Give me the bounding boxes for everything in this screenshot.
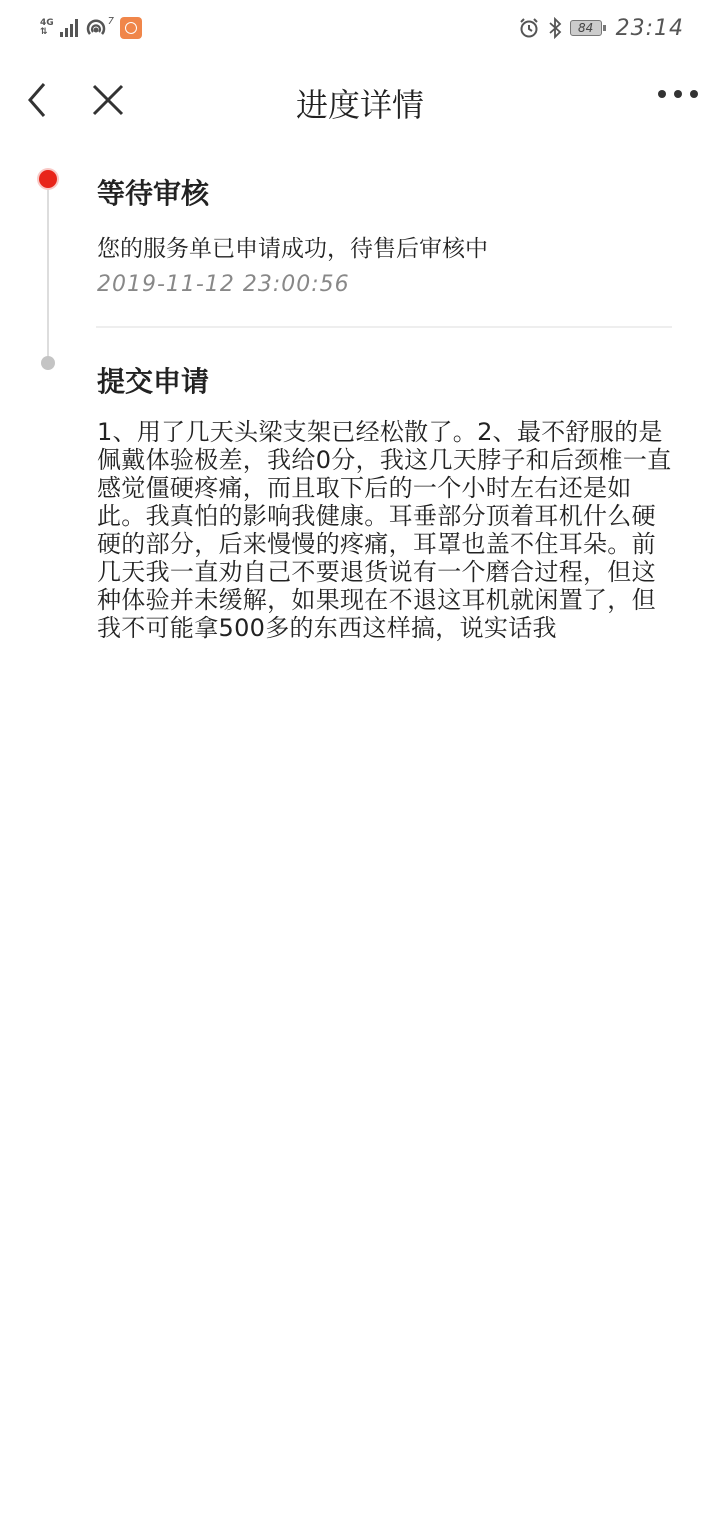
- alarm-icon: [518, 17, 540, 39]
- status-left: 4G ⇅ 7: [40, 14, 142, 42]
- hotspot-icon: [84, 16, 108, 40]
- timeline-line: [47, 180, 49, 363]
- status-bar: 4G ⇅ 7 84 23:14: [0, 0, 720, 56]
- status-right: 84 23:14: [518, 14, 684, 42]
- step-description: 您的服务单已申请成功，待售后审核中: [97, 230, 488, 263]
- battery-icon: 84: [570, 20, 602, 36]
- page-title: 进度详情: [0, 80, 720, 126]
- nav-bar: 进度详情: [0, 60, 720, 140]
- more-options-button[interactable]: [658, 90, 698, 98]
- more-dot-icon: [658, 90, 666, 98]
- clock: 23:14: [616, 16, 684, 41]
- network-type: 4G ⇅: [40, 19, 54, 37]
- app-notification-icon: [120, 17, 142, 39]
- divider: [96, 326, 672, 328]
- hotspot-count: 7: [108, 16, 114, 27]
- signal-icon: [60, 19, 78, 37]
- more-dot-icon: [690, 90, 698, 98]
- step-timestamp: 2019-11-12 23:00:56: [97, 272, 350, 297]
- timeline-dot-active: [39, 170, 57, 188]
- timeline-dot-inactive: [41, 356, 55, 370]
- step-title: 等待审核: [97, 172, 209, 212]
- data-arrows-icon: ⇅: [40, 28, 54, 37]
- step-title: 提交申请: [97, 360, 209, 400]
- battery-level: 84: [578, 21, 593, 35]
- bluetooth-icon: [548, 17, 562, 39]
- more-dot-icon: [674, 90, 682, 98]
- step-body: 1、用了几天头梁支架已经松散了。2、最不舒服的是佩戴体验极差，我给0分，我这几天…: [97, 418, 673, 642]
